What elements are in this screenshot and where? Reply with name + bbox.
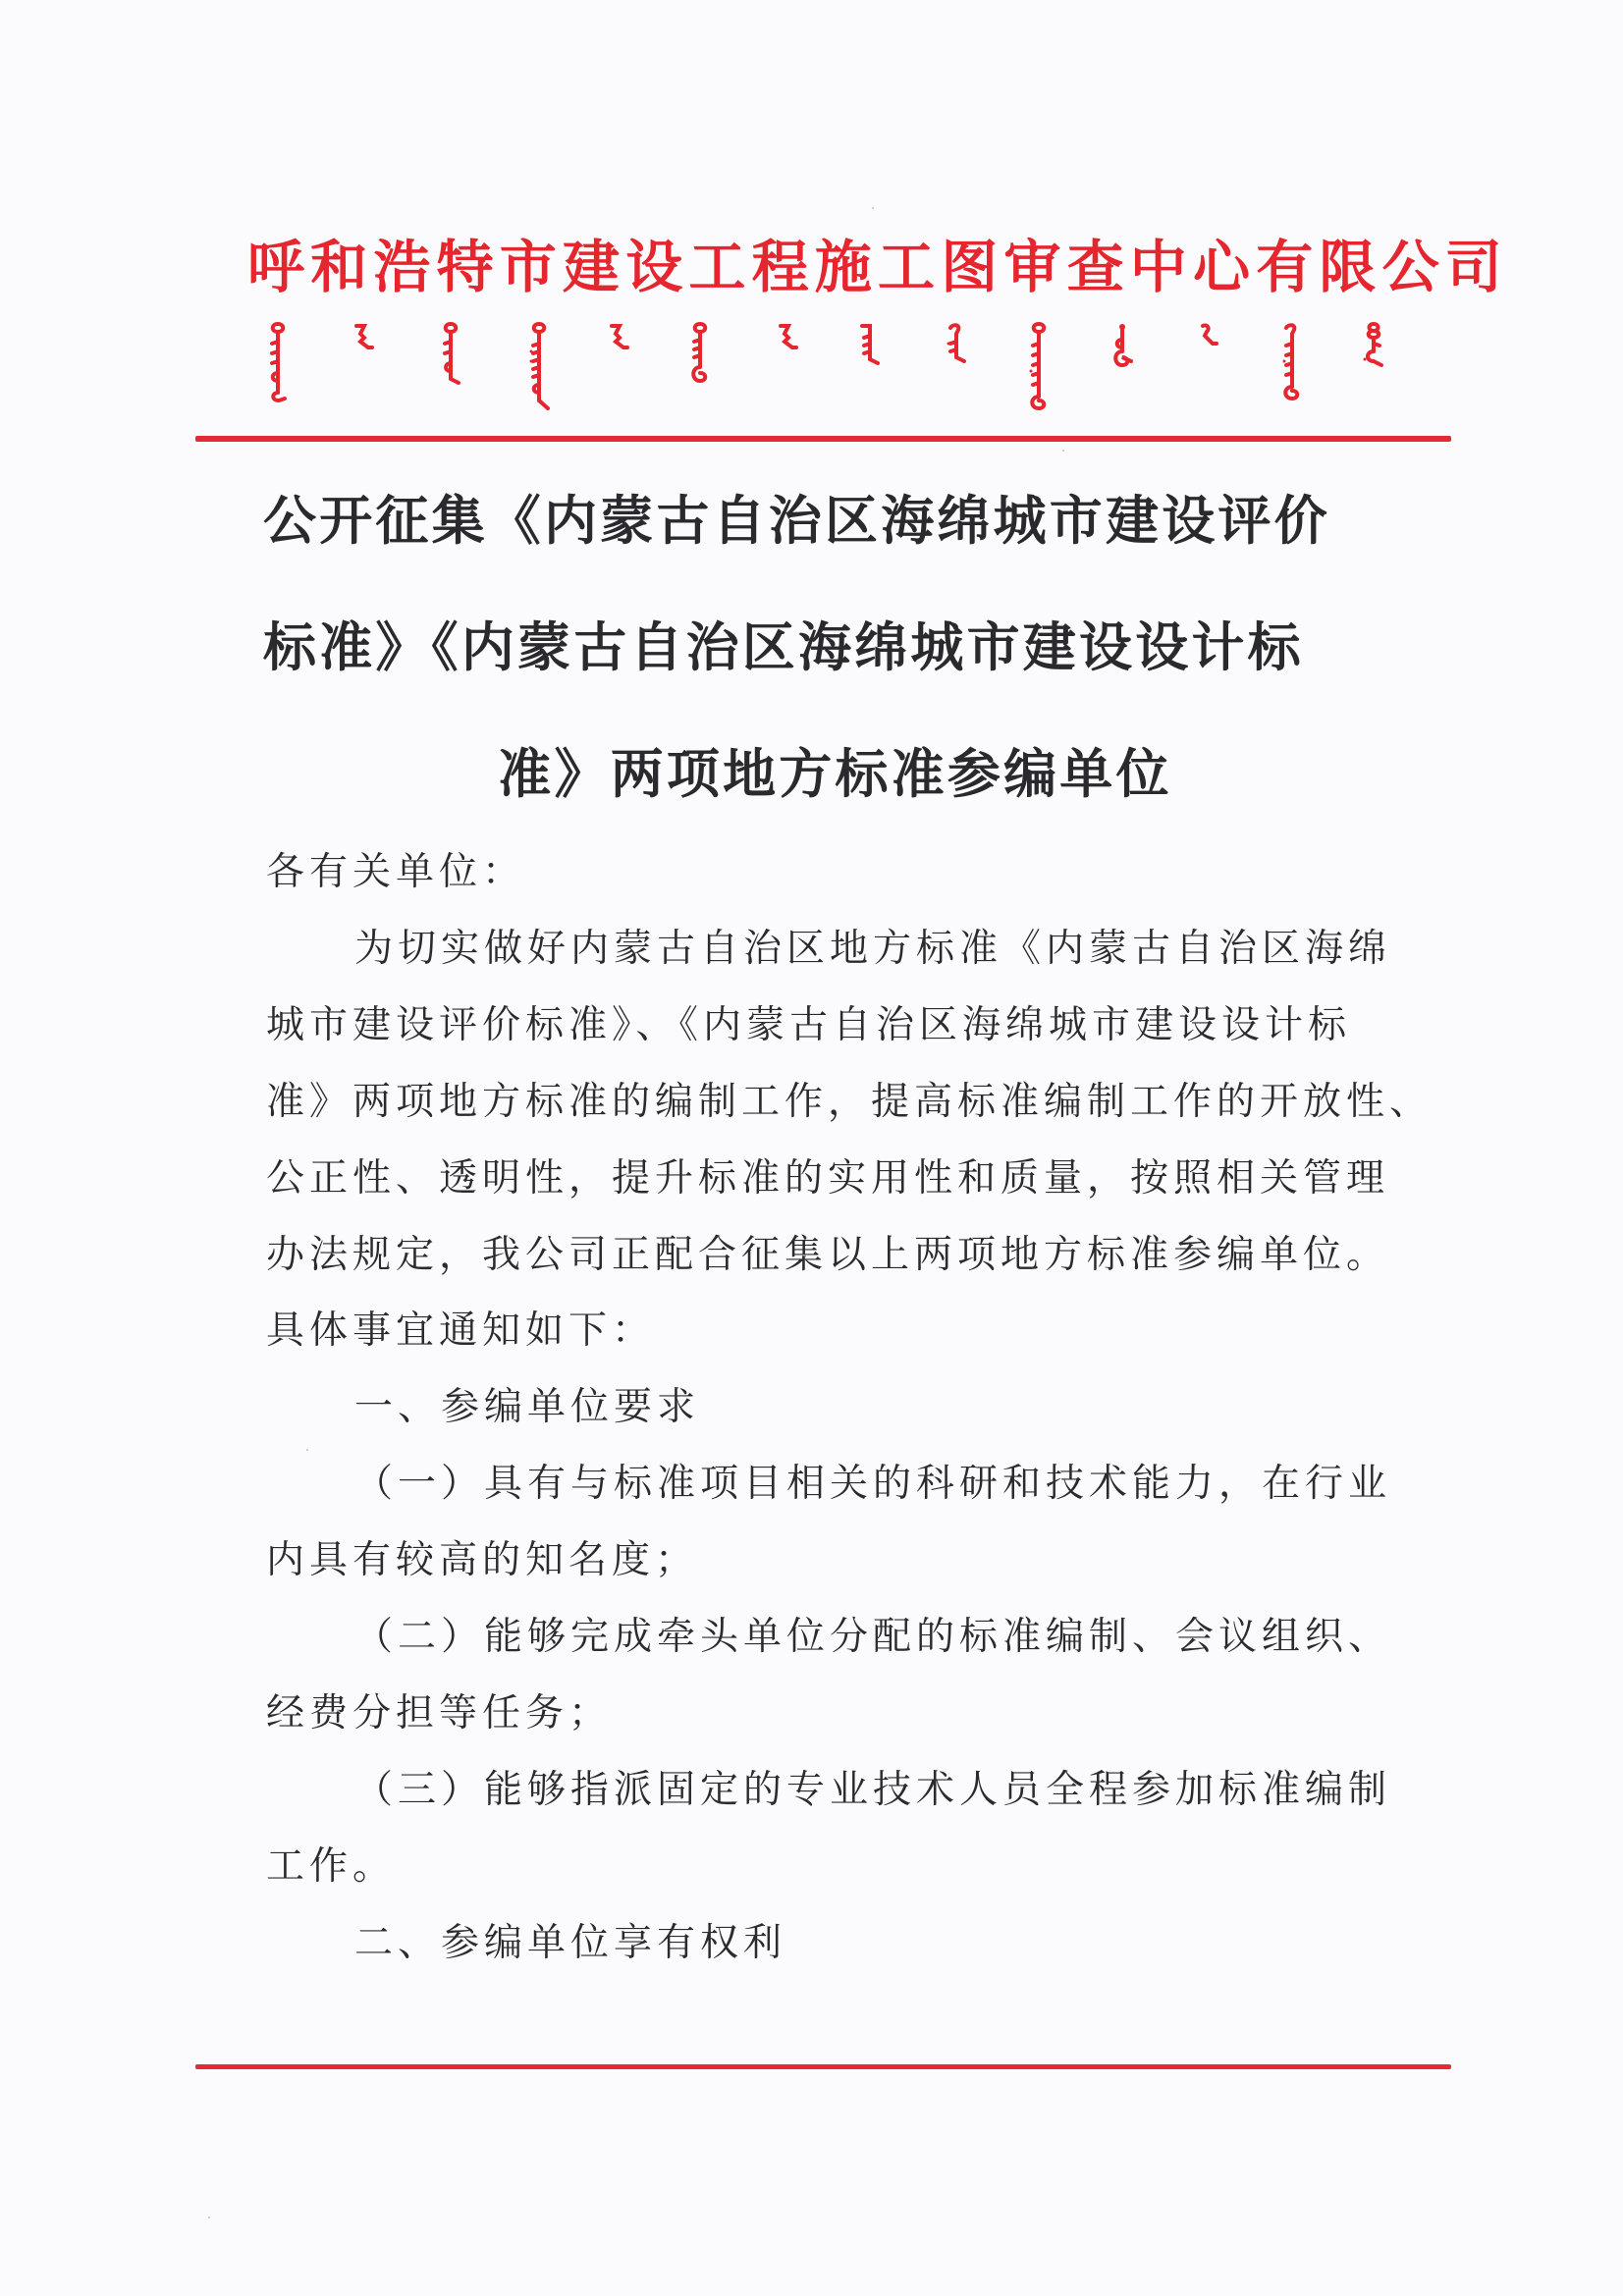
section-heading: 一、参编单位要求 [266,1369,1405,1446]
scan-speck [208,2216,210,2218]
requirement-item: （三）能够指派固定的专业技术人员全程参加标准编制 [266,1752,1405,1829]
letterhead-org-name: 呼和浩特市建设工程施工图审查中心有限公司 [247,228,1396,306]
mongolian-word-icon [943,322,968,367]
mongolian-word-icon [1360,322,1387,371]
requirement-item-cont: 经费分担等任务； [266,1676,1405,1752]
document-title: 公开征集《内蒙古自治区海绵城市建设评价 标准》《内蒙古自治区海绵城市建设设计标 … [263,457,1407,837]
body-paragraph-line: 城市建设评价标准》、《内蒙古自治区海绵城市建设设计标 [266,988,1405,1064]
body-paragraph-line: 公正性、透明性，提升标准的实用性和质量，按照相关管理 [266,1141,1405,1217]
mongolian-word-icon [606,322,629,353]
mongolian-word-icon [1195,322,1218,353]
mongolian-word-icon [856,322,880,369]
section-heading: 二、参编单位享有权利 [266,1905,1405,1982]
body-paragraph-line: 办法规定，我公司正配合征集以上两项地方标准参编单位。 [266,1217,1405,1294]
requirement-item: （一）具有与标准项目相关的科研和技术能力，在行业 [266,1446,1405,1522]
document-body: 各有关单位： 为切实做好内蒙古自治区地方标准《内蒙古自治区海绵 城市建设评价标准… [266,834,1405,1982]
mongolian-word-icon [1278,322,1304,402]
mongolian-word-icon [439,322,462,387]
mongolian-word-icon [351,322,374,353]
mongolian-word-icon [267,322,289,402]
title-line: 公开征集《内蒙古自治区海绵城市建设评价 [263,457,1407,584]
letterhead-mongolian-name [0,322,1623,410]
mongolian-word-icon [687,322,713,389]
mongolian-word-icon [1026,322,1052,412]
body-paragraph-line: 为切实做好内蒙古自治区地方标准《内蒙古自治区海绵 [266,911,1405,988]
scan-speck [1062,450,1064,452]
body-paragraph-line: 准》两项地方标准的编制工作，提高标准编制工作的开放性、 [266,1064,1405,1141]
requirement-item: （二）能够完成牵头单位分配的标准编制、会议组织、 [266,1599,1405,1676]
salutation: 各有关单位： [266,834,1405,911]
scan-speck [872,207,874,209]
title-line: 标准》《内蒙古自治区海绵城市建设设计标 [263,584,1407,711]
letterhead-top-rule [195,436,1451,442]
requirement-item-cont: 内具有较高的知名度； [266,1522,1405,1599]
body-paragraph-line: 具体事宜通知如下： [266,1293,1405,1369]
scan-speck [306,1449,308,1451]
title-line: 准》两项地方标准参编单位 [263,711,1407,837]
document-page: 呼和浩特市建设工程施工图审查中心有限公司 [0,0,1623,2296]
mongolian-word-icon [526,322,552,412]
requirement-item-cont: 工作。 [266,1829,1405,1905]
mongolian-word-icon [775,322,798,353]
mongolian-word-icon [1109,322,1135,371]
letterhead-bottom-rule [195,2064,1451,2069]
